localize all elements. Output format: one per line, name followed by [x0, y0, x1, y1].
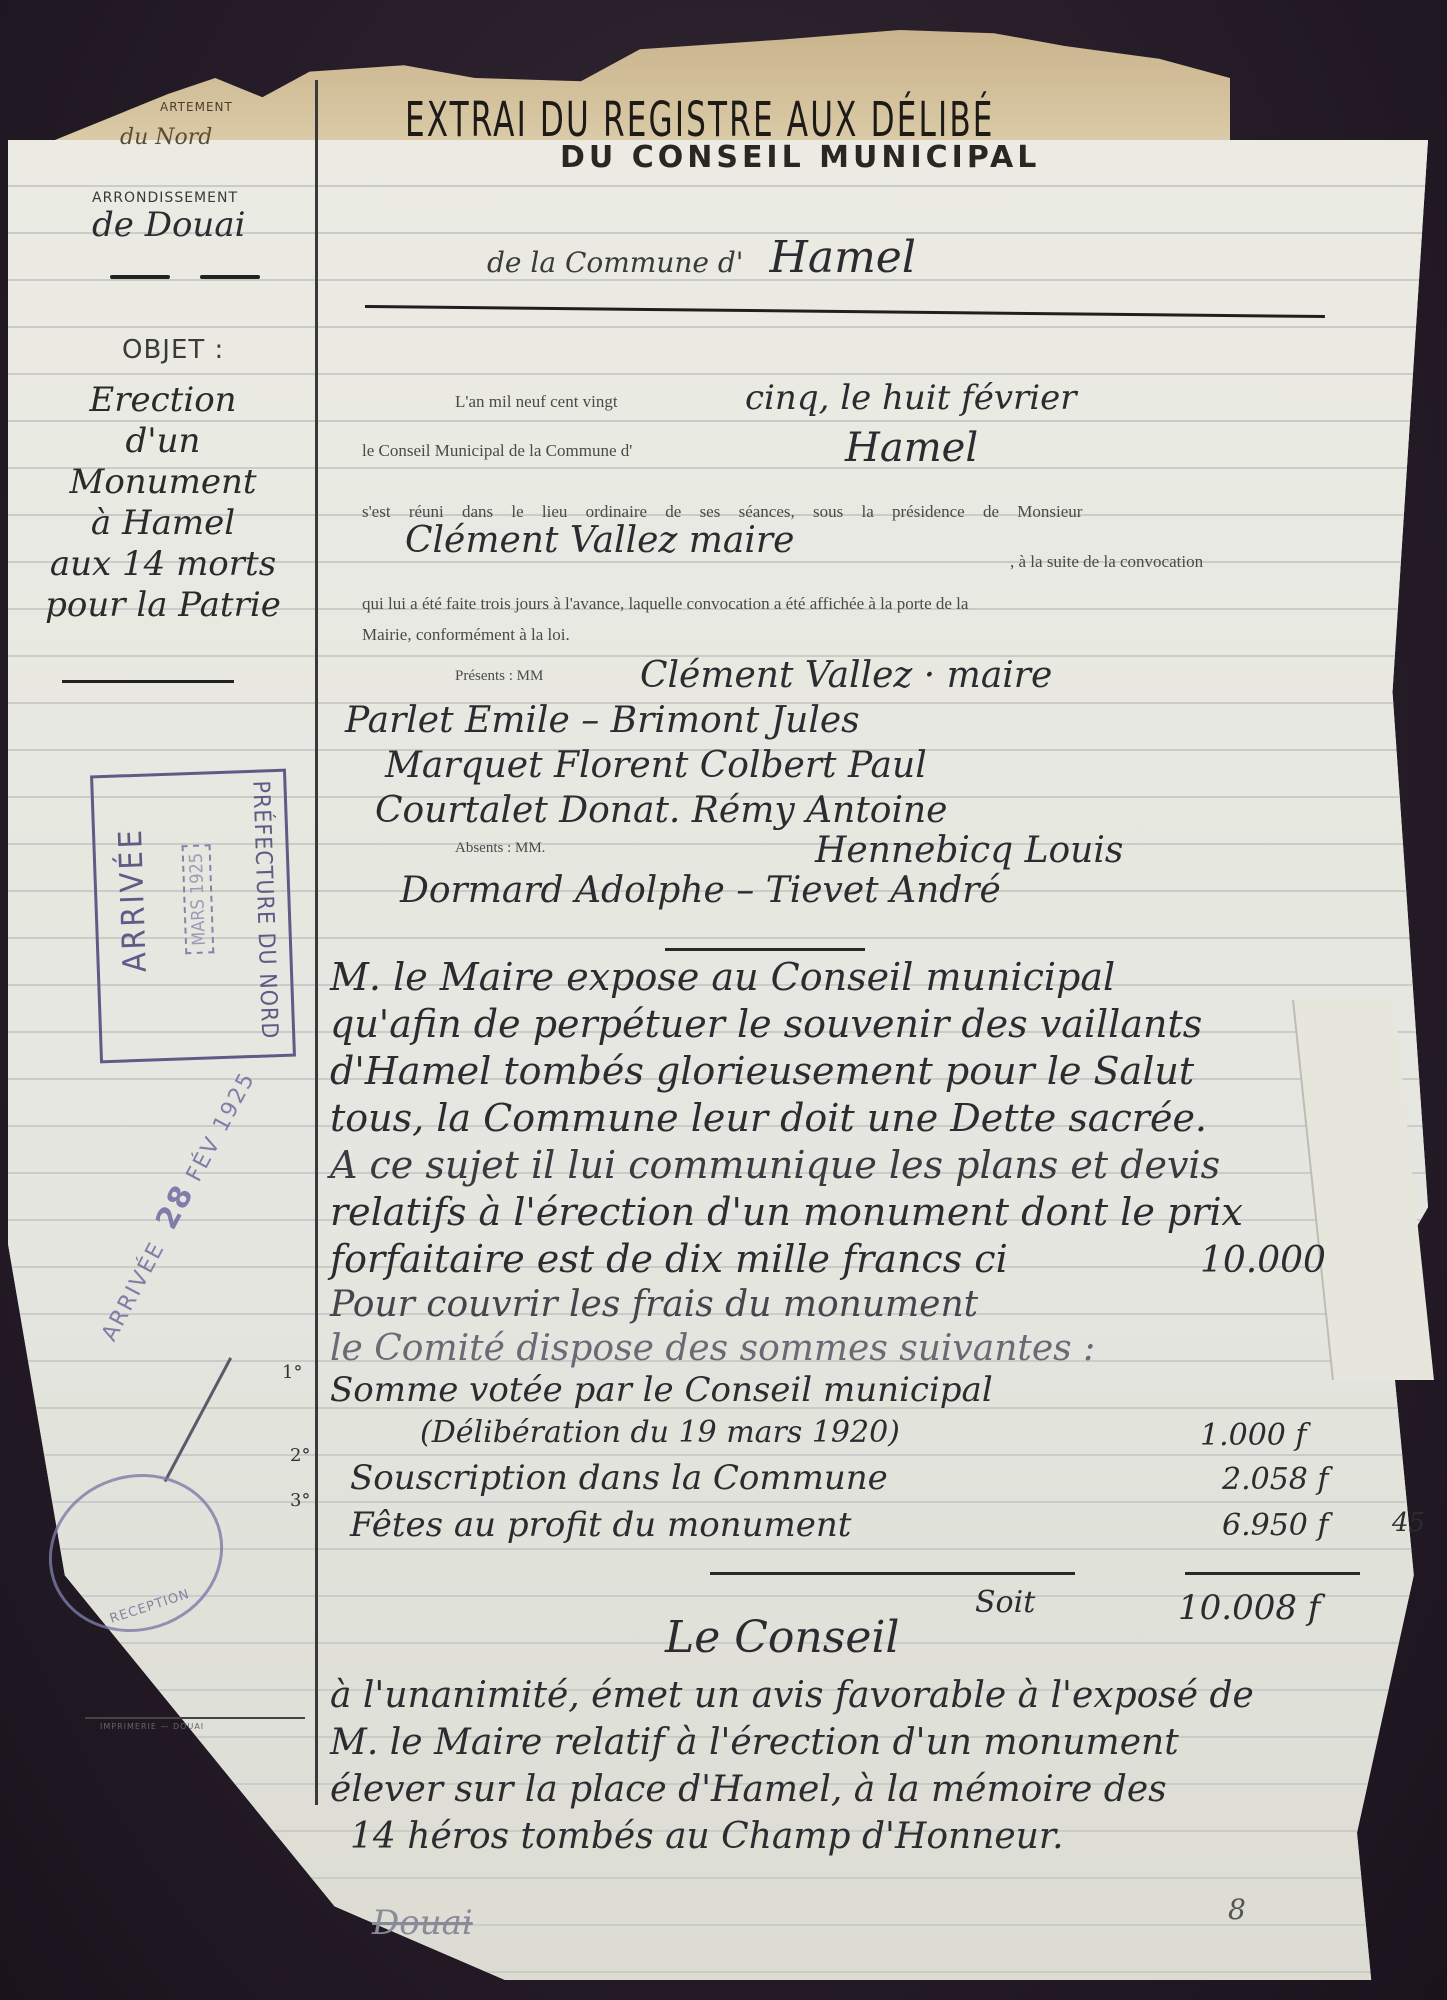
preamble-year-print: L'an mil neuf cent vingt	[455, 392, 618, 412]
present-row: Clément Vallez · maire	[640, 655, 1052, 696]
decision-line: 14 héros tombés au Champ d'Honneur.	[350, 1816, 1064, 1857]
body-line: qu'afin de perpétuer le souvenir des vai…	[330, 1002, 1202, 1046]
fund-sublabel: (Délibération du 19 mars 1920)	[420, 1415, 900, 1450]
section-divider	[665, 948, 865, 951]
decision-line: à l'unanimité, émet un avis favorable à …	[330, 1675, 1254, 1716]
preamble-convocation-print: , à la suite de la convocation	[1010, 552, 1203, 572]
departement-value: du Nord	[120, 125, 212, 150]
arrondissement-dashes	[110, 275, 270, 279]
total-label: Soit	[975, 1585, 1035, 1620]
page-mark: 8	[1228, 1893, 1246, 1926]
objet-underline	[62, 680, 234, 683]
stamp-date-text: MARS 1925	[182, 844, 215, 954]
body-line: d'Hamel tombés glorieusement pour le Sal…	[330, 1049, 1194, 1093]
objet-line: pour la Patrie	[18, 585, 308, 626]
price-total: 10.000	[1200, 1240, 1326, 1281]
decision-line: M. le Maire relatif à l'érection d'un mo…	[330, 1722, 1179, 1763]
fund-label: Somme votée par le Conseil municipal	[330, 1370, 993, 1410]
commune-line: de la Commune d'Hamel	[487, 232, 916, 283]
absent-row: Hennebicq Louis	[815, 830, 1123, 871]
stamp-prefecture-text: PRÉFECTURE DU NORD	[247, 780, 282, 1040]
fund-label: Fêtes au profit du monument	[350, 1505, 851, 1545]
objet-label: OBJET :	[122, 335, 224, 365]
absent-row: Dormard Adolphe – Tievet André	[400, 870, 1001, 911]
arrondissement-value: de Douai	[92, 205, 245, 245]
present-row: Courtalet Donat. Rémy Antoine	[375, 790, 947, 831]
preamble-commune-hand: Hamel	[845, 425, 978, 471]
fund-amount: 6.950 f	[1222, 1508, 1329, 1543]
objet-line: à Hamel	[18, 503, 308, 544]
commune-name: Hamel	[769, 232, 915, 283]
stamp-arrive-text: ARRIVÉE	[111, 826, 154, 972]
preamble-president-hand: Clément Vallez maire	[405, 520, 794, 561]
objet-line: Erection	[18, 380, 308, 421]
body-line: A ce sujet il lui communique les plans e…	[330, 1143, 1220, 1187]
body-line: relatifs à l'érection d'un monument dont…	[330, 1190, 1243, 1234]
register-subtitle: DU CONSEIL MUNICIPAL	[560, 140, 1040, 175]
fund-cents: 45	[1392, 1508, 1425, 1538]
objet-line: d'un	[18, 421, 308, 462]
fund-amount: 1.000 f	[1200, 1418, 1307, 1453]
prefecture-stamp: PRÉFECTURE DU NORD ARRIVÉE MARS 1925	[90, 769, 296, 1064]
preamble-meeting-print: s'est réuni dans le lieu ordinaire de se…	[362, 502, 1082, 522]
present-label: Présents : MM	[455, 668, 543, 685]
objet-line: Monument	[18, 462, 308, 503]
present-row: Marquet Florent Colbert Paul	[385, 745, 927, 786]
preamble-law-print: Mairie, conformément à la loi.	[362, 625, 570, 645]
decision-line: élever sur la place d'Hamel, à la mémoir…	[330, 1769, 1167, 1810]
total-amount: 10.008 f	[1178, 1588, 1320, 1628]
total-divider	[1185, 1572, 1360, 1575]
departement-label: ARTEMENT	[160, 100, 233, 114]
printer-imprint: IMPRIMERIE — DOUAI	[100, 1722, 204, 1731]
item-number: 1°	[282, 1362, 302, 1383]
body-line: Pour couvrir les frais du monument	[330, 1284, 978, 1325]
body-line: forfaitaire est de dix mille francs ci	[330, 1237, 1008, 1281]
decision-heading: Le Conseil	[665, 1612, 900, 1663]
preamble-notice-print: qui lui a été faite trois jours à l'avan…	[362, 594, 968, 614]
total-divider	[710, 1572, 1075, 1575]
crossed-out-scribble: Douai	[372, 1903, 473, 1943]
footer-rule	[85, 1717, 305, 1719]
objet-line: aux 14 morts	[18, 544, 308, 585]
arrondissement-label: ARRONDISSEMENT	[92, 190, 238, 206]
preamble-date-hand: cinq, le huit février	[745, 378, 1077, 418]
item-number: 3°	[290, 1490, 310, 1511]
fund-label: Souscription dans la Commune	[350, 1458, 888, 1498]
fund-amount: 2.058 f	[1222, 1462, 1329, 1497]
absent-label: Absents : MM.	[455, 840, 545, 857]
margin-rule	[315, 80, 318, 1805]
body-line: tous, la Commune leur doit une Dette sac…	[330, 1096, 1207, 1140]
body-line: le Comité dispose des sommes suivantes :	[330, 1328, 1095, 1369]
objet-text: Erection d'un Monument à Hamel aux 14 mo…	[18, 380, 308, 626]
present-row: Parlet Emile – Brimont Jules	[345, 700, 860, 741]
commune-prefix: de la Commune d'	[487, 246, 743, 279]
item-number: 2°	[290, 1445, 310, 1466]
body-line: M. le Maire expose au Conseil municipal	[330, 955, 1115, 999]
preamble-council-print: le Conseil Municipal de la Commune d'	[362, 441, 632, 461]
